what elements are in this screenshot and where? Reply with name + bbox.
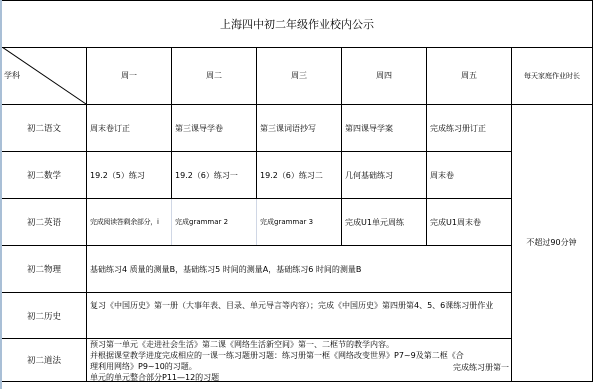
- task-math-mon[interactable]: 19.2（5）练习: [87, 152, 174, 198]
- task-history-week[interactable]: 复习《中国历史》第一册（大事年表、目录、单元导言等内容）；完成《中国历史》第四册…: [87, 300, 516, 338]
- subject-physics: 初二物理: [2, 246, 86, 292]
- header-day-tue: 周二: [172, 47, 256, 104]
- subject-chinese: 初二语文: [2, 105, 86, 151]
- subject-morality-law: 初二道法: [2, 339, 86, 381]
- border-right: [592, 0, 593, 382]
- header-day-thu: 周四: [342, 47, 426, 104]
- right-gutter: [594, 0, 598, 389]
- task-chinese-mon[interactable]: 周末卷订正: [87, 105, 174, 151]
- border-bottom: [2, 381, 593, 382]
- task-morality-law-week[interactable]: 预习第一单元《走进社会生活》第二课《网络生活新空间》第一、二框节的教学内容。 并…: [87, 339, 511, 381]
- task-math-tue[interactable]: 19.2（6）练习一: [172, 152, 259, 198]
- border-top: [2, 0, 593, 1]
- task-math-fri[interactable]: 周末卷: [427, 152, 514, 198]
- task-chinese-fri[interactable]: 完成练习册订正: [427, 105, 514, 151]
- task-physics-week[interactable]: 基础练习4 质量的测量B，基础练习5 时间的测量A，基础练习6 时间的测量B: [87, 246, 514, 292]
- subject-english: 初二英语: [2, 199, 86, 245]
- header-day-wed: 周三: [257, 47, 341, 104]
- task-chinese-thu[interactable]: 第四课导学案: [342, 105, 429, 151]
- task-english-mon[interactable]: 完成阅读答剩余部分，i: [87, 199, 174, 245]
- task-english-tue[interactable]: 完成grammar 2: [172, 199, 259, 245]
- header-subject-label: 学科: [4, 70, 20, 81]
- header-day-fri: 周五: [427, 47, 511, 104]
- task-english-wed[interactable]: 完成grammar 3: [257, 199, 344, 245]
- subject-history: 初二历史: [2, 293, 86, 338]
- page-title: 上海四中初二年级作业校内公示: [2, 0, 592, 47]
- task-math-thu[interactable]: 几何基础练习: [342, 152, 429, 198]
- task-math-wed[interactable]: 19.2（6）练习二: [257, 152, 344, 198]
- task-overflow-right: 完成练习册第一: [451, 362, 509, 374]
- task-english-fri[interactable]: 完成U1周末卷: [427, 199, 514, 245]
- task-chinese-wed[interactable]: 第三课词语抄写: [257, 105, 344, 151]
- subject-math: 初二数学: [2, 152, 86, 198]
- duration-value: 不超过90分钟: [511, 104, 592, 381]
- header-duration: 每天家庭作业时长: [512, 47, 592, 104]
- task-english-thu[interactable]: 完成U1单元周练: [342, 199, 429, 245]
- task-chinese-tue[interactable]: 第三课导学卷: [172, 105, 259, 151]
- task-line-4: 单元的单元整合部分P11—12的习题: [90, 372, 219, 381]
- header-day-mon: 周一: [87, 47, 171, 104]
- spreadsheet-sheet: 上海四中初二年级作业校内公示 学科 周一 周二 周三 周四 周五 每天家庭作业时…: [0, 0, 598, 389]
